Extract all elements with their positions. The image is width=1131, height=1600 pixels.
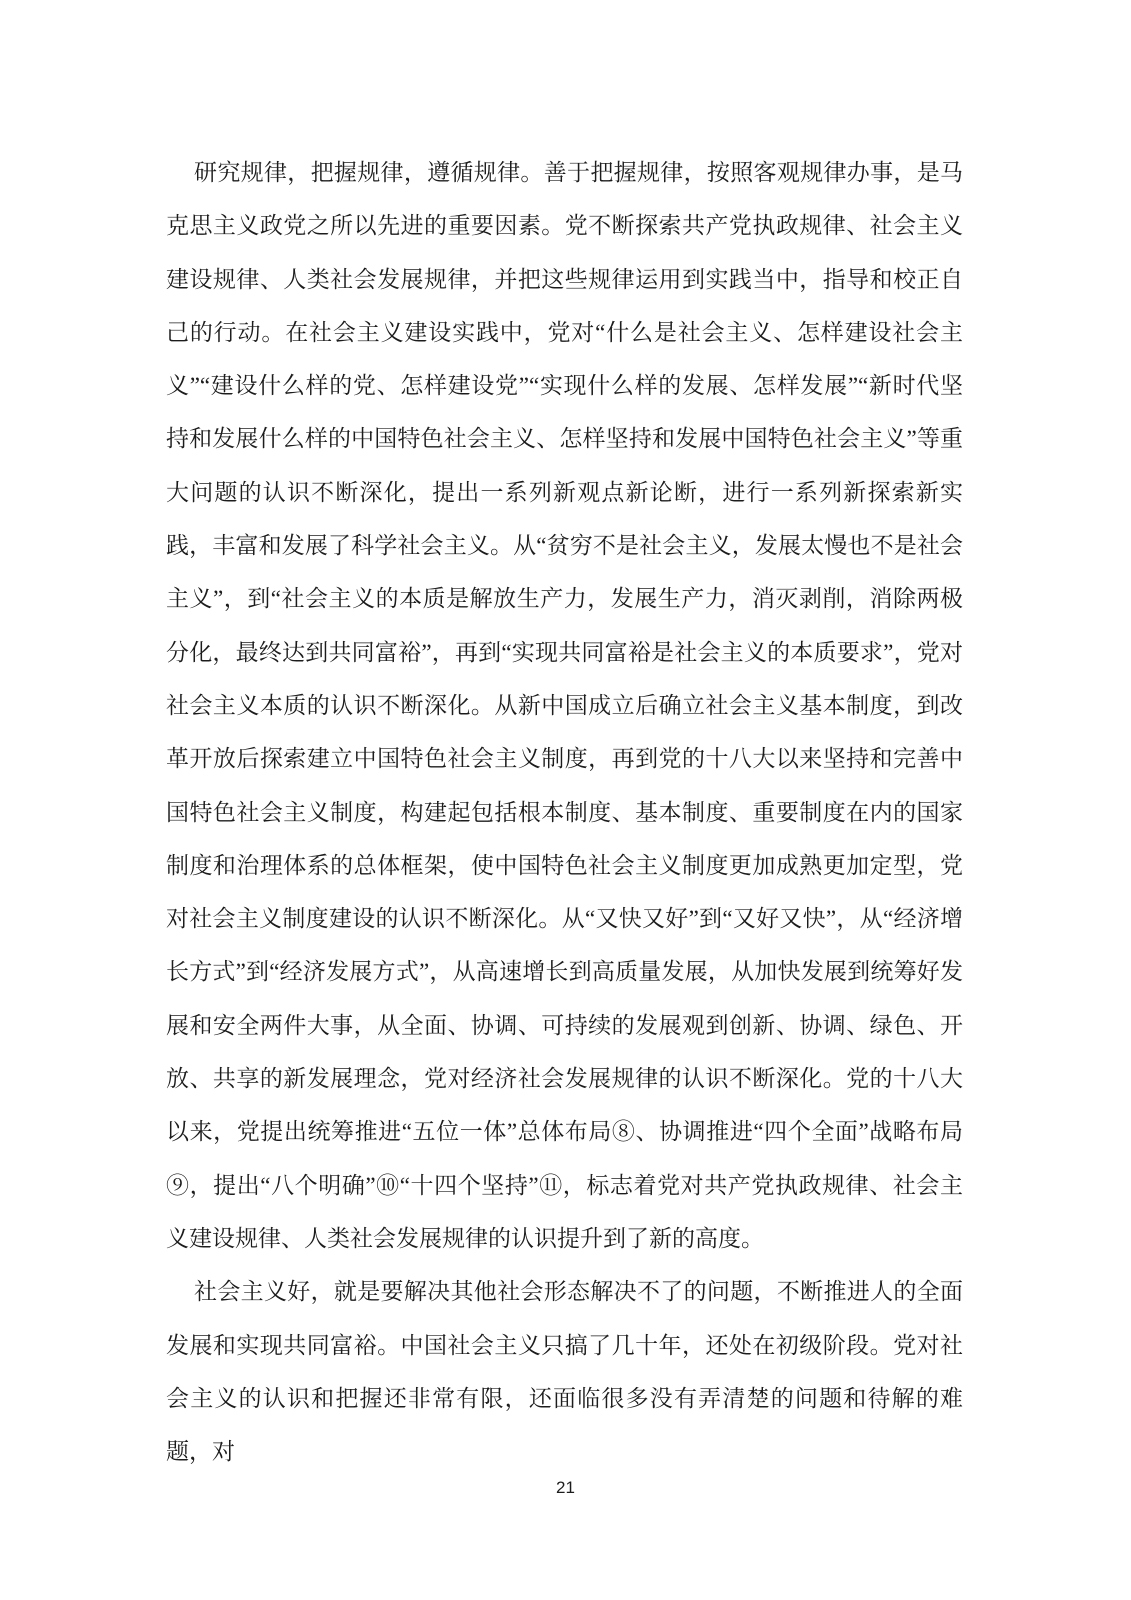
document-page: 研究规律，把握规律，遵循规律。善于把握规律，按照客观规律办事，是马克思主义政党之… <box>0 0 1131 1600</box>
page-number: 21 <box>0 1478 1131 1498</box>
page-body: 研究规律，把握规律，遵循规律。善于把握规律，按照客观规律办事，是马克思主义政党之… <box>166 146 963 1478</box>
paragraph-1: 研究规律，把握规律，遵循规律。善于把握规律，按照客观规律办事，是马克思主义政党之… <box>166 146 963 1265</box>
paragraph-2: 社会主义好，就是要解决其他社会形态解决不了的问题，不断推进人的全面发展和实现共同… <box>166 1265 963 1478</box>
